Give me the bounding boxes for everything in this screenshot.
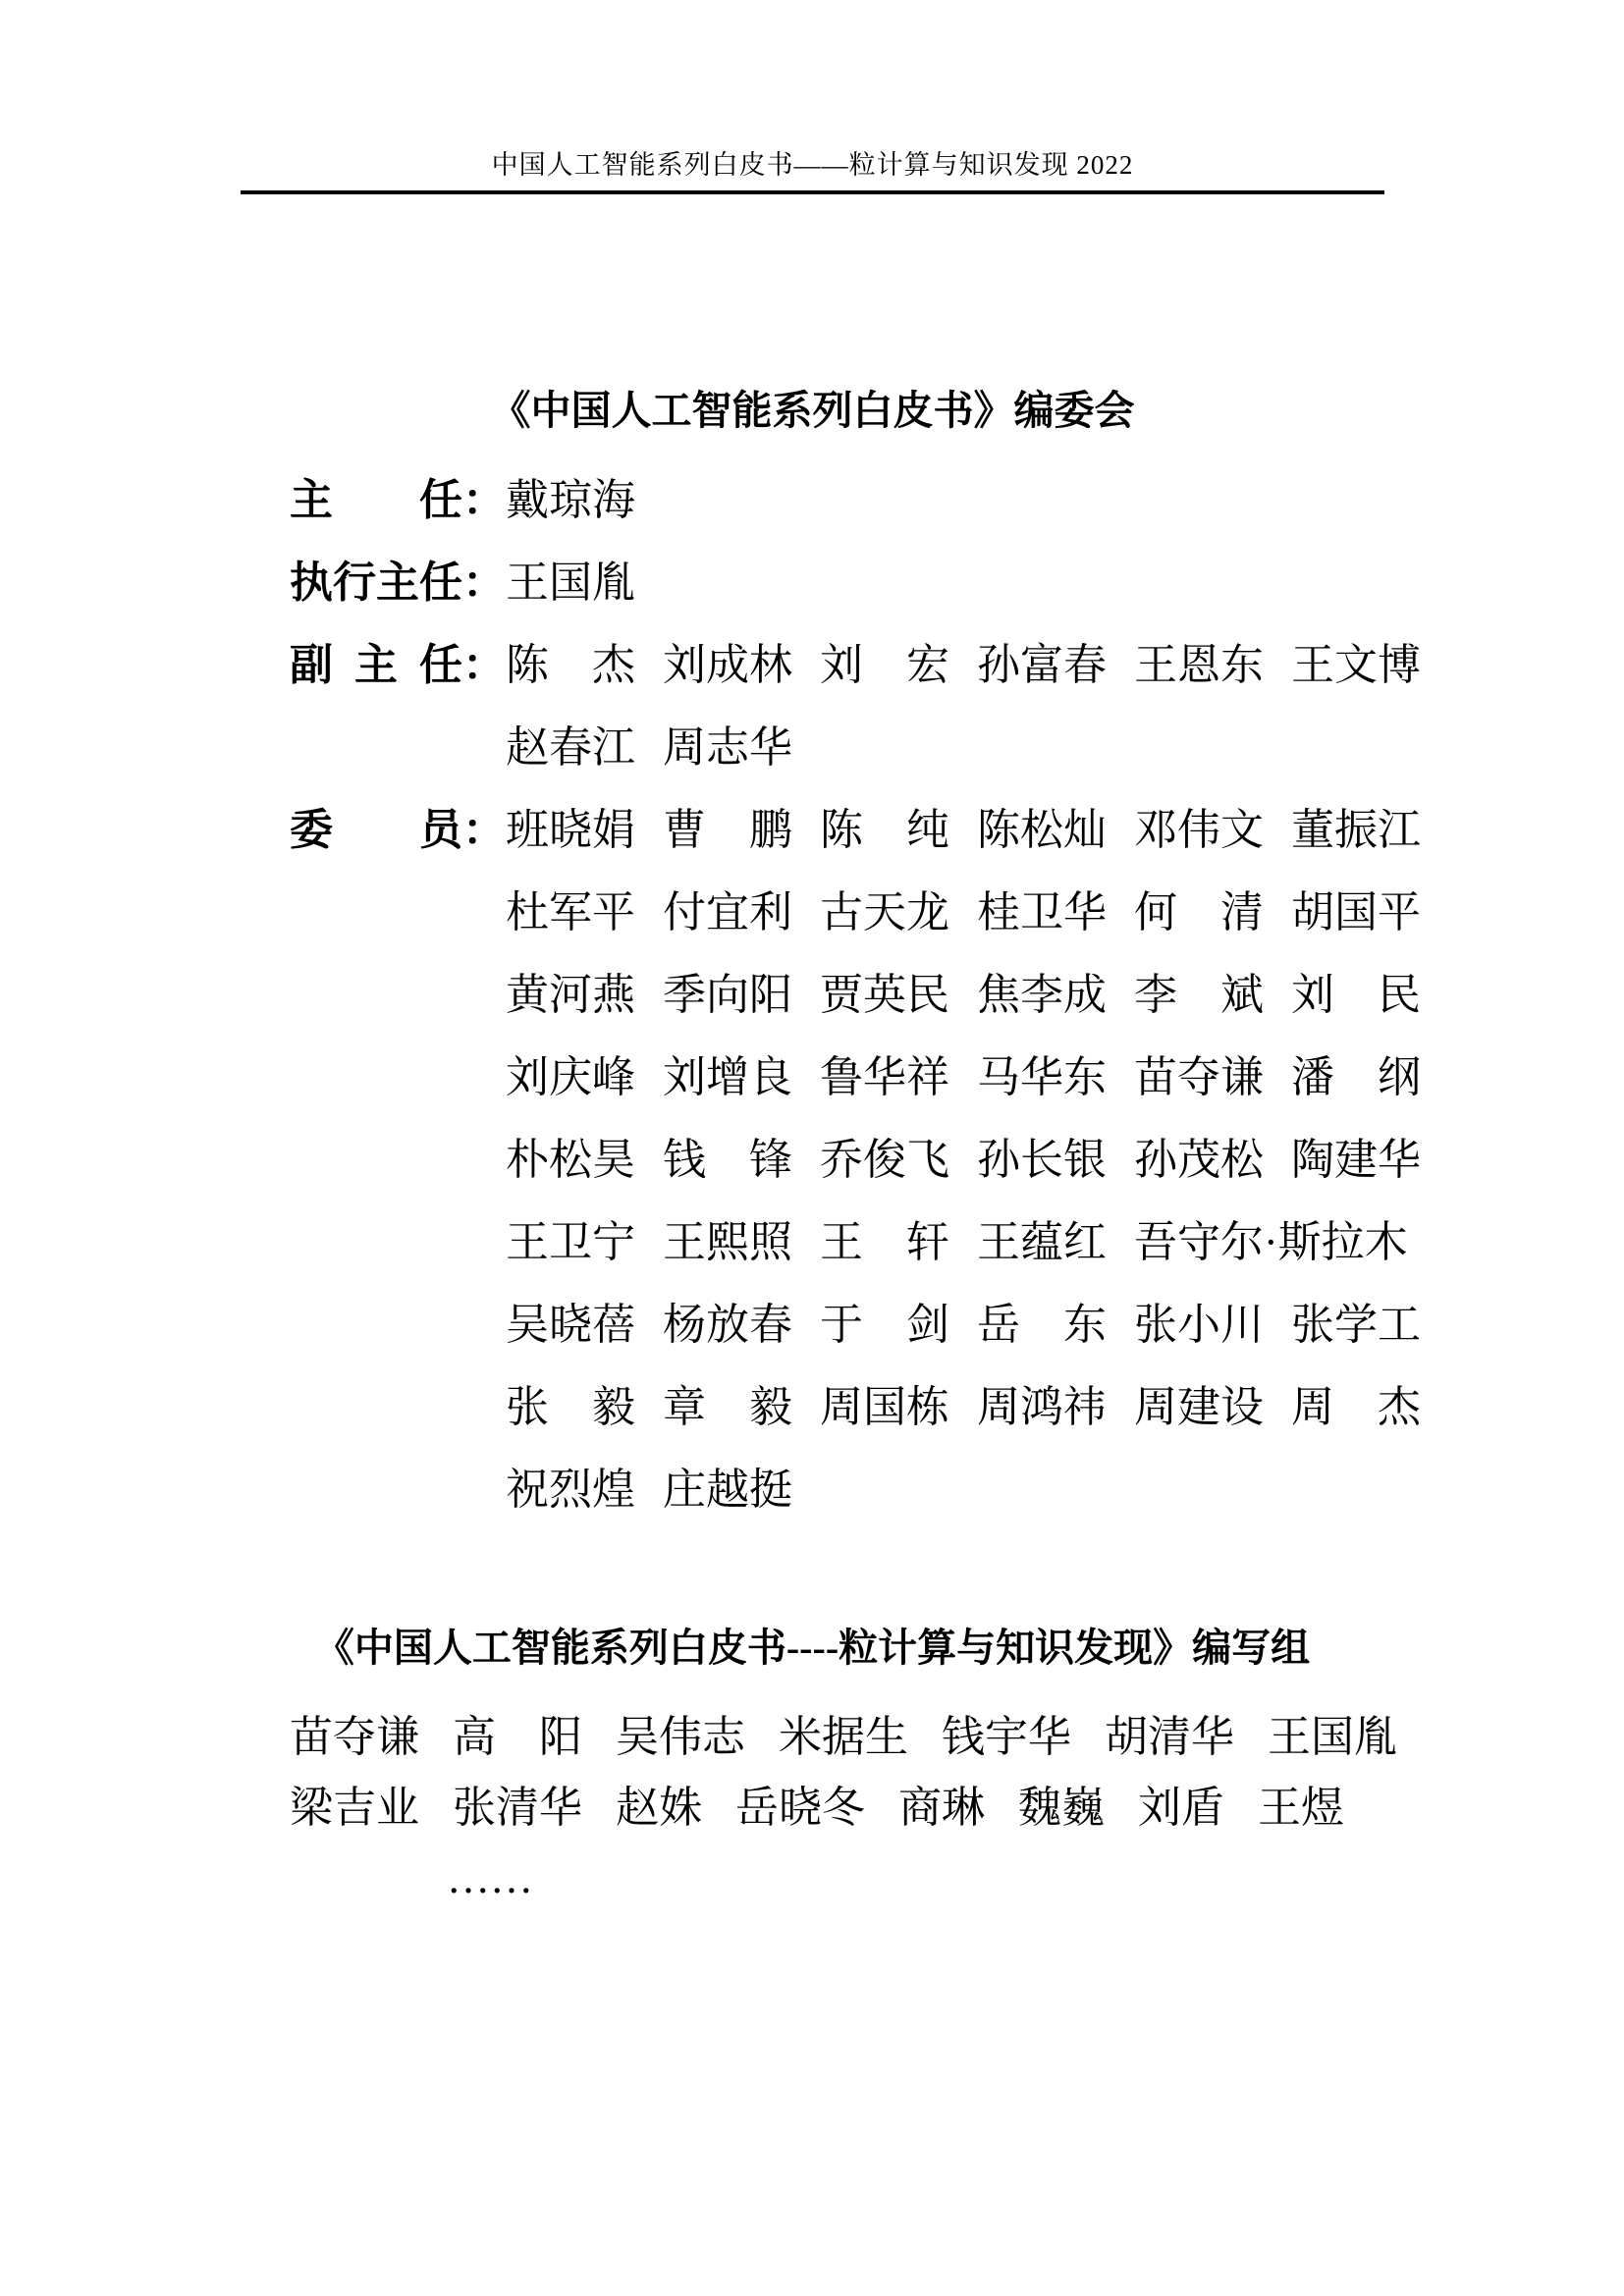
committee-list: 主任： 戴琼海 执行主任： 王国胤 副主任： 陈 杰 刘成林 刘 宏 孙富春 王… (241, 459, 1384, 1531)
member-name: 王卫宁 (506, 1201, 635, 1284)
member-name: 张小川 (1134, 1284, 1264, 1366)
member-name: 邓伟文 (1134, 789, 1264, 872)
row-members-2: 杜军平 付宜利 古天龙 桂卫华 何 清 胡国平 (241, 872, 1384, 954)
member-name: 孙长银 (977, 1119, 1107, 1201)
member-name: 王文博 (1291, 624, 1421, 707)
header-rule (241, 190, 1384, 194)
member-name: 潘 纲 (1291, 1037, 1421, 1119)
member-name: 孙茂松 (1134, 1119, 1264, 1201)
member-name: 周建设 (1134, 1366, 1264, 1449)
member-name: 张学工 (1291, 1284, 1421, 1366)
member-name: 戴琼海 (506, 459, 635, 542)
member-name: 鲁华祥 (820, 1037, 949, 1119)
member-name: 李 斌 (1134, 954, 1264, 1037)
member-name: 乔俊飞 (820, 1119, 949, 1201)
member-name: 章 毅 (663, 1366, 792, 1449)
colon: ： (462, 459, 506, 542)
member-name: 赵春江 (506, 707, 635, 789)
member-name: 桂卫华 (977, 872, 1107, 954)
member-name: 董振江 (1291, 789, 1421, 872)
member-name: 班晓娟 (506, 789, 635, 872)
member-name: 苗夺谦 (290, 1702, 419, 1773)
writing-group-row-1: 苗夺谦 高 阳 吴伟志 米据生 钱宇华 胡清华 王国胤 (241, 1702, 1384, 1773)
member-name: 米据生 (779, 1702, 908, 1773)
page-header-title: 中国人工智能系列白皮书——粒计算与知识发现 2022 (241, 147, 1384, 183)
member-name: 钱 锋 (663, 1119, 792, 1201)
member-name: 吴伟志 (616, 1702, 745, 1773)
colon: ： (462, 542, 506, 624)
member-name: 祝烈煌 (506, 1449, 635, 1531)
member-name: 刘 宏 (820, 624, 949, 707)
member-name: 钱宇华 (942, 1702, 1071, 1773)
member-name: 庄越挺 (663, 1449, 792, 1531)
member-name: 王煜 (1258, 1773, 1344, 1843)
member-name: 刘增良 (663, 1037, 792, 1119)
row-members-8: 张 毅 章 毅 周国栋 周鸿祎 周建设 周 杰 (241, 1366, 1384, 1449)
member-name: 魏巍 (1018, 1773, 1105, 1843)
member-name: 王国胤 (506, 542, 635, 624)
writing-group-row-2: 梁吉业 张清华 赵姝 岳晓冬 商琳 魏巍 刘盾 王煜 (241, 1773, 1384, 1843)
member-name: 胡国平 (1291, 872, 1421, 954)
member-name: 张清华 (453, 1773, 582, 1843)
member-name: 张 毅 (506, 1366, 635, 1449)
member-name: 周 杰 (1291, 1366, 1421, 1449)
row-deputy-1: 副主任： 陈 杰 刘成林 刘 宏 孙富春 王恩东 王文博 (241, 624, 1384, 707)
member-name: 杜军平 (506, 872, 635, 954)
row-members-9: 祝烈煌 庄越挺 (241, 1449, 1384, 1531)
member-name: 季向阳 (663, 954, 792, 1037)
row-members-3: 黄河燕 季向阳 贾英民 焦李成 李 斌 刘 民 (241, 954, 1384, 1037)
row-director: 主任： 戴琼海 (241, 459, 1384, 542)
member-name: 何 清 (1134, 872, 1264, 954)
ellipsis: …… (241, 1843, 1384, 1914)
row-members-4: 刘庆峰 刘增良 鲁华祥 马华东 苗夺谦 潘 纲 (241, 1037, 1384, 1119)
member-name: 陈松灿 (977, 789, 1107, 872)
member-name: 马华东 (977, 1037, 1107, 1119)
member-name: 付宜利 (663, 872, 792, 954)
member-name: 胡清华 (1105, 1702, 1234, 1773)
member-name: 王恩东 (1134, 624, 1264, 707)
row-deputy-2: 赵春江 周志华 (241, 707, 1384, 789)
member-name: 岳 东 (977, 1284, 1107, 1366)
role-label-exec-director: 执行主任 (290, 542, 462, 624)
role-label-director: 主任 (290, 459, 462, 542)
member-name: 岳晓冬 (735, 1773, 865, 1843)
member-name: 商琳 (898, 1773, 985, 1843)
member-name: 孙富春 (977, 624, 1107, 707)
member-name: 贾英民 (820, 954, 949, 1037)
document-page: 中国人工智能系列白皮书——粒计算与知识发现 2022 《中国人工智能系列白皮书》… (0, 0, 1624, 2296)
member-name: 周鸿祎 (977, 1366, 1107, 1449)
member-name: 刘成林 (663, 624, 792, 707)
member-name: 赵姝 (616, 1773, 702, 1843)
member-name: 刘盾 (1138, 1773, 1224, 1843)
row-exec-director: 执行主任： 王国胤 (241, 542, 1384, 624)
member-name: 陈 纯 (820, 789, 949, 872)
committee-title: 《中国人工智能系列白皮书》编委会 (241, 383, 1384, 438)
row-members-5: 朴松昊 钱 锋 乔俊飞 孙长银 孙茂松 陶建华 (241, 1119, 1384, 1201)
member-name: 王蕴红 (977, 1201, 1107, 1284)
member-name: 周国栋 (820, 1366, 949, 1449)
member-name: 刘 民 (1291, 954, 1421, 1037)
member-name: 吾守尔·斯拉木 (1134, 1201, 1408, 1284)
row-members-7: 吴晓蓓 杨放春 于 剑 岳 东 张小川 张学工 (241, 1284, 1384, 1366)
member-name: 古天龙 (820, 872, 949, 954)
member-name: 焦李成 (977, 954, 1107, 1037)
member-name: 高 阳 (453, 1702, 582, 1773)
colon: ： (462, 624, 506, 707)
member-name: 周志华 (663, 707, 792, 789)
member-name: 于 剑 (820, 1284, 949, 1366)
member-name: 吴晓蓓 (506, 1284, 635, 1366)
member-name: 梁吉业 (290, 1773, 419, 1843)
member-name: 苗夺谦 (1134, 1037, 1264, 1119)
member-name: 陶建华 (1291, 1119, 1421, 1201)
role-label-members: 委员 (290, 789, 462, 872)
member-name: 王 轩 (820, 1201, 949, 1284)
writing-group-title: 《中国人工智能系列白皮书----粒计算与知识发现》编写组 (241, 1622, 1384, 1675)
member-name: 杨放春 (663, 1284, 792, 1366)
member-name: 王国胤 (1268, 1702, 1397, 1773)
row-members-6: 王卫宁 王熙照 王 轩 王蕴红 吾守尔·斯拉木 (241, 1201, 1384, 1284)
row-members-1: 委员： 班晓娟 曹 鹏 陈 纯 陈松灿 邓伟文 董振江 (241, 789, 1384, 872)
member-name: 陈 杰 (506, 624, 635, 707)
member-name: 曹 鹏 (663, 789, 792, 872)
member-name: 朴松昊 (506, 1119, 635, 1201)
role-label-deputy: 副主任 (290, 624, 462, 707)
colon: ： (462, 789, 506, 872)
member-name: 王熙照 (663, 1201, 792, 1284)
member-name: 刘庆峰 (506, 1037, 635, 1119)
member-name: 黄河燕 (506, 954, 635, 1037)
